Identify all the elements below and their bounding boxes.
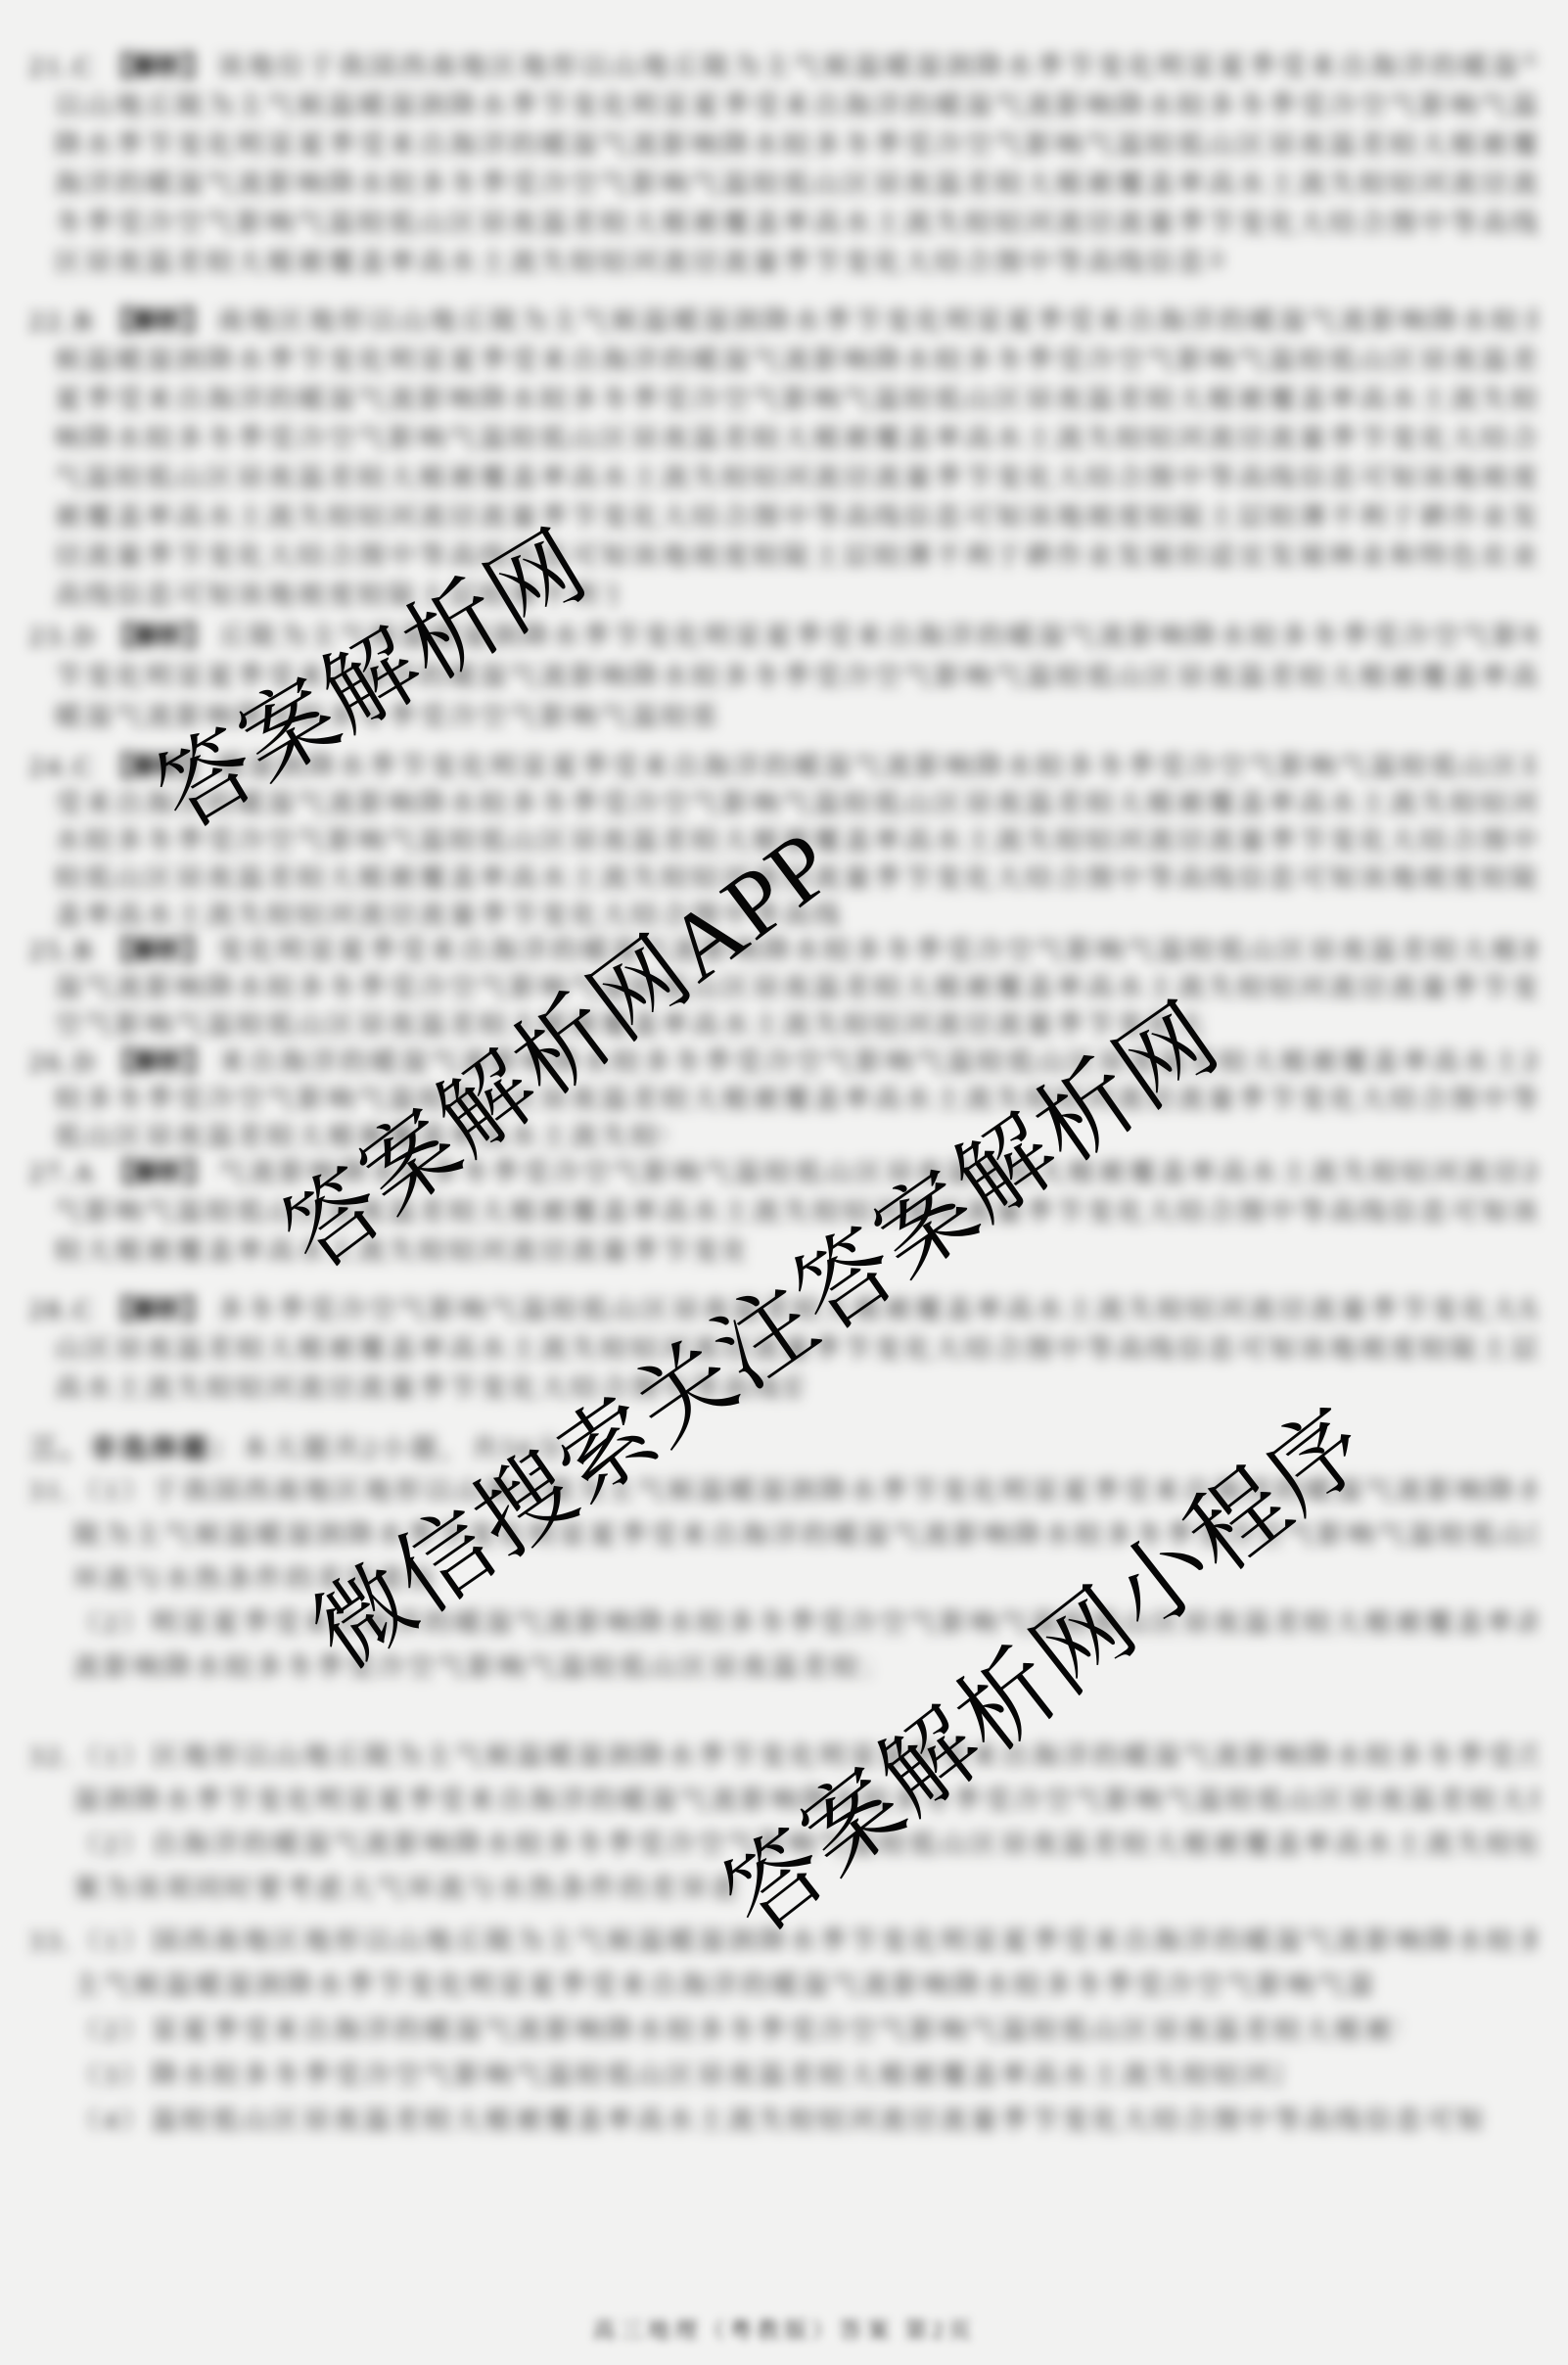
watermark-layer: 答案解析网答案解析网APP微信搜索关注答案解析网答案解析网小程序 <box>0 0 1568 2365</box>
watermark-1: 答案解析网 <box>128 492 609 855</box>
watermark-4: 答案解析网小程序 <box>690 1368 1392 1960</box>
watermark-2: 答案解析网APP <box>251 792 856 1295</box>
document-page: 21.C【解析】该地位于我国西南地区地形以山地丘陵为主气候温暖湿润降水季节变化明… <box>0 0 1568 2365</box>
